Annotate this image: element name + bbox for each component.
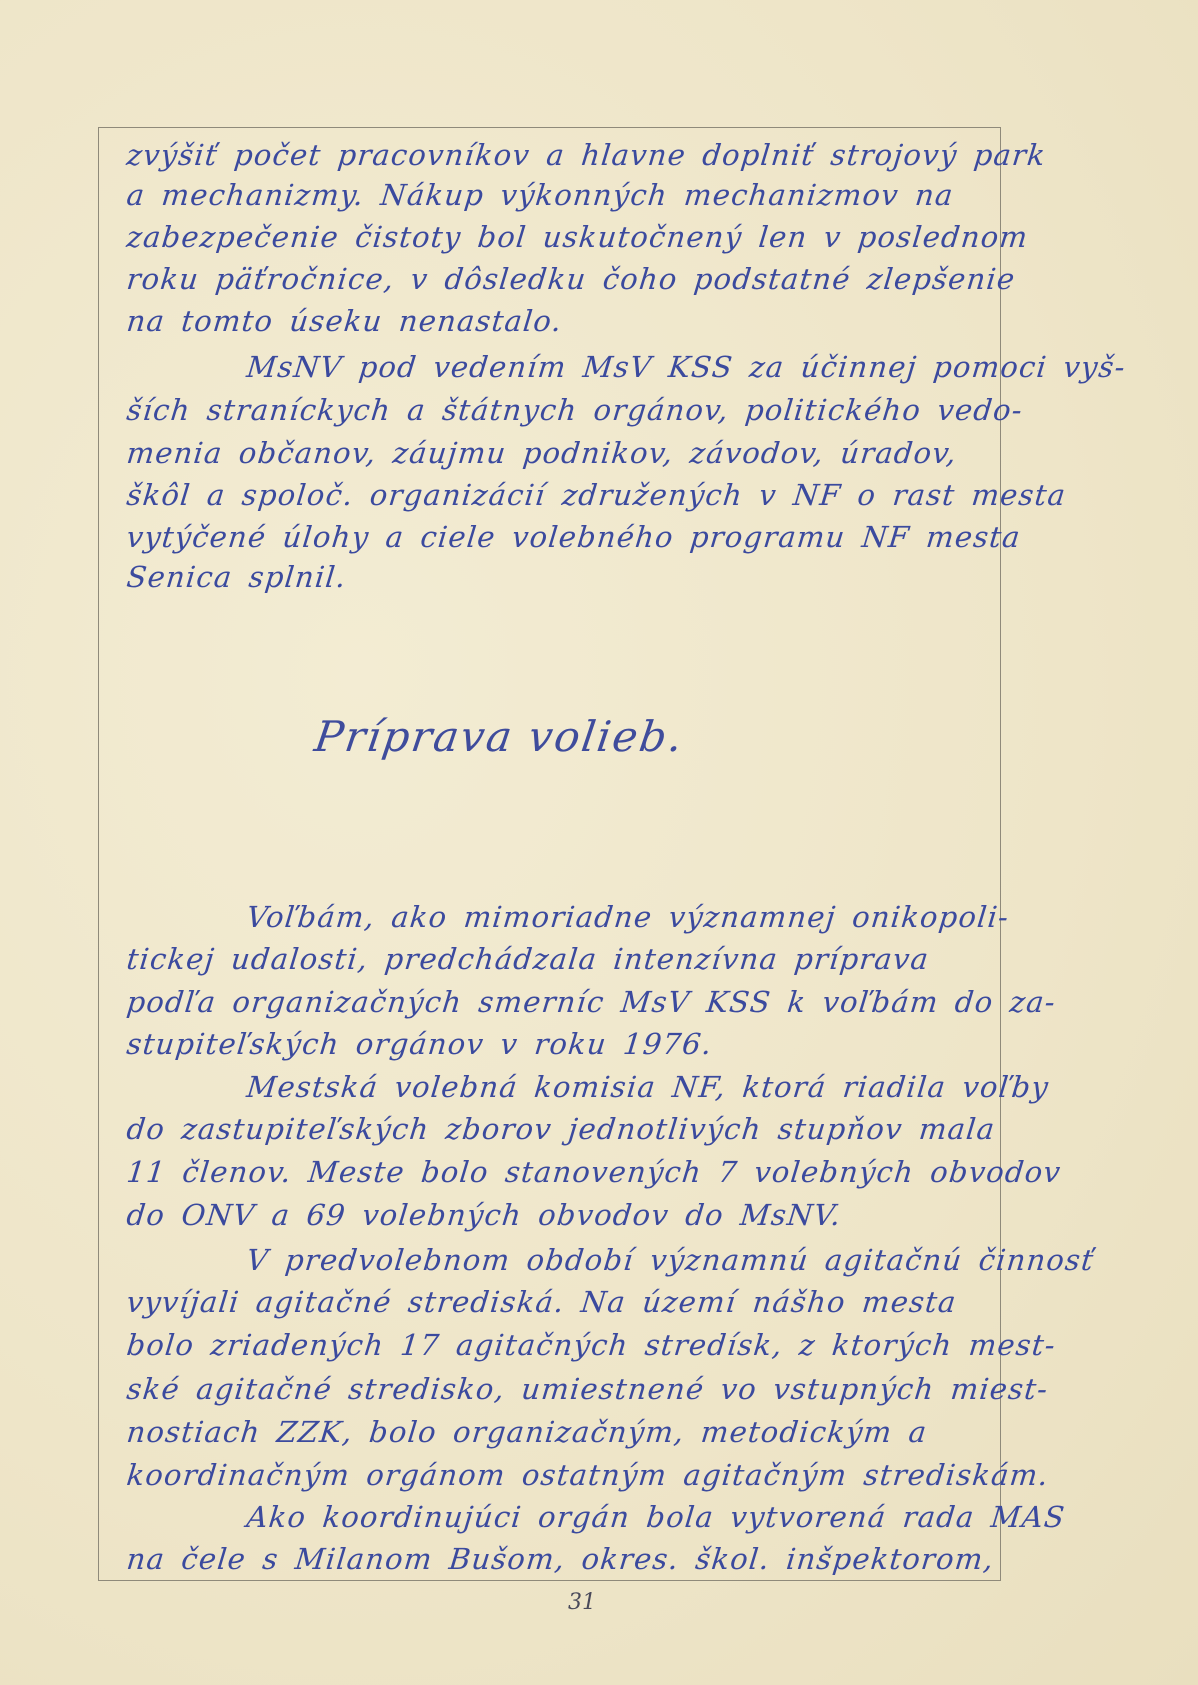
page-border-frame xyxy=(98,127,1001,1581)
text-line: Mestská volebná komisia NF, ktorá riadil… xyxy=(245,1070,1051,1104)
text-line: podľa organizačných smerníc MsV KSS k vo… xyxy=(125,985,1058,1019)
text-line: Voľbám, ako mimoriadne významnej onikopo… xyxy=(245,900,1011,934)
text-line: škôl a spoloč. organizácií združených v … xyxy=(125,478,1068,512)
text-line: stupiteľských orgánov v roku 1976. xyxy=(125,1027,714,1061)
text-line: 11 členov. Meste bolo stanovených 7 vole… xyxy=(125,1155,1063,1189)
text-line: na tomto úseku nenastalo. xyxy=(125,304,564,338)
text-line: V predvolebnom období významnú agitačnú … xyxy=(245,1243,1096,1277)
text-line: tickej udalosti, predchádzala intenzívna… xyxy=(125,942,931,976)
text-line: Senica splnil. xyxy=(125,560,348,594)
text-line: menia občanov, záujmu podnikov, závodov,… xyxy=(125,436,959,470)
page-number: 31 xyxy=(568,1590,596,1615)
text-line: roku päťročnice, v dôsledku čoho podstat… xyxy=(125,262,1017,296)
text-line: zvýšiť počet pracovníkov a hlavne doplni… xyxy=(125,138,1048,172)
text-line: koordinačným orgánom ostatným agitačným … xyxy=(125,1458,1051,1492)
text-line: do ONV a 69 volebných obvodov do MsNV. xyxy=(125,1198,843,1232)
text-line: nostiach ZZK, bolo organizačným, metodic… xyxy=(125,1415,929,1449)
text-line: vytýčené úlohy a ciele volebného program… xyxy=(125,520,1023,554)
text-line: MsNV pod vedením MsV KSS za účinnej pomo… xyxy=(245,350,1128,384)
text-line: ších straníckych a štátnych orgánov, pol… xyxy=(125,393,1025,427)
text-line: zabezpečenie čistoty bol uskutočnený len… xyxy=(125,220,1030,254)
text-line: a mechanizmy. Nákup výkonných mechanizmo… xyxy=(125,178,955,212)
section-heading: Príprava volieb. xyxy=(312,712,688,761)
text-line: Ako koordinujúci orgán bola vytvorená ra… xyxy=(245,1500,1067,1534)
text-line: do zastupiteľských zborov jednotlivých s… xyxy=(125,1112,997,1146)
text-line: vyvíjali agitačné strediská. Na území ná… xyxy=(125,1285,958,1319)
text-line: na čele s Milanom Bušom, okres. škol. in… xyxy=(125,1542,996,1576)
text-line: ské agitačné stredisko, umiestnené vo vs… xyxy=(125,1372,1050,1406)
text-line: bolo zriadených 17 agitačných stredísk, … xyxy=(125,1328,1058,1362)
